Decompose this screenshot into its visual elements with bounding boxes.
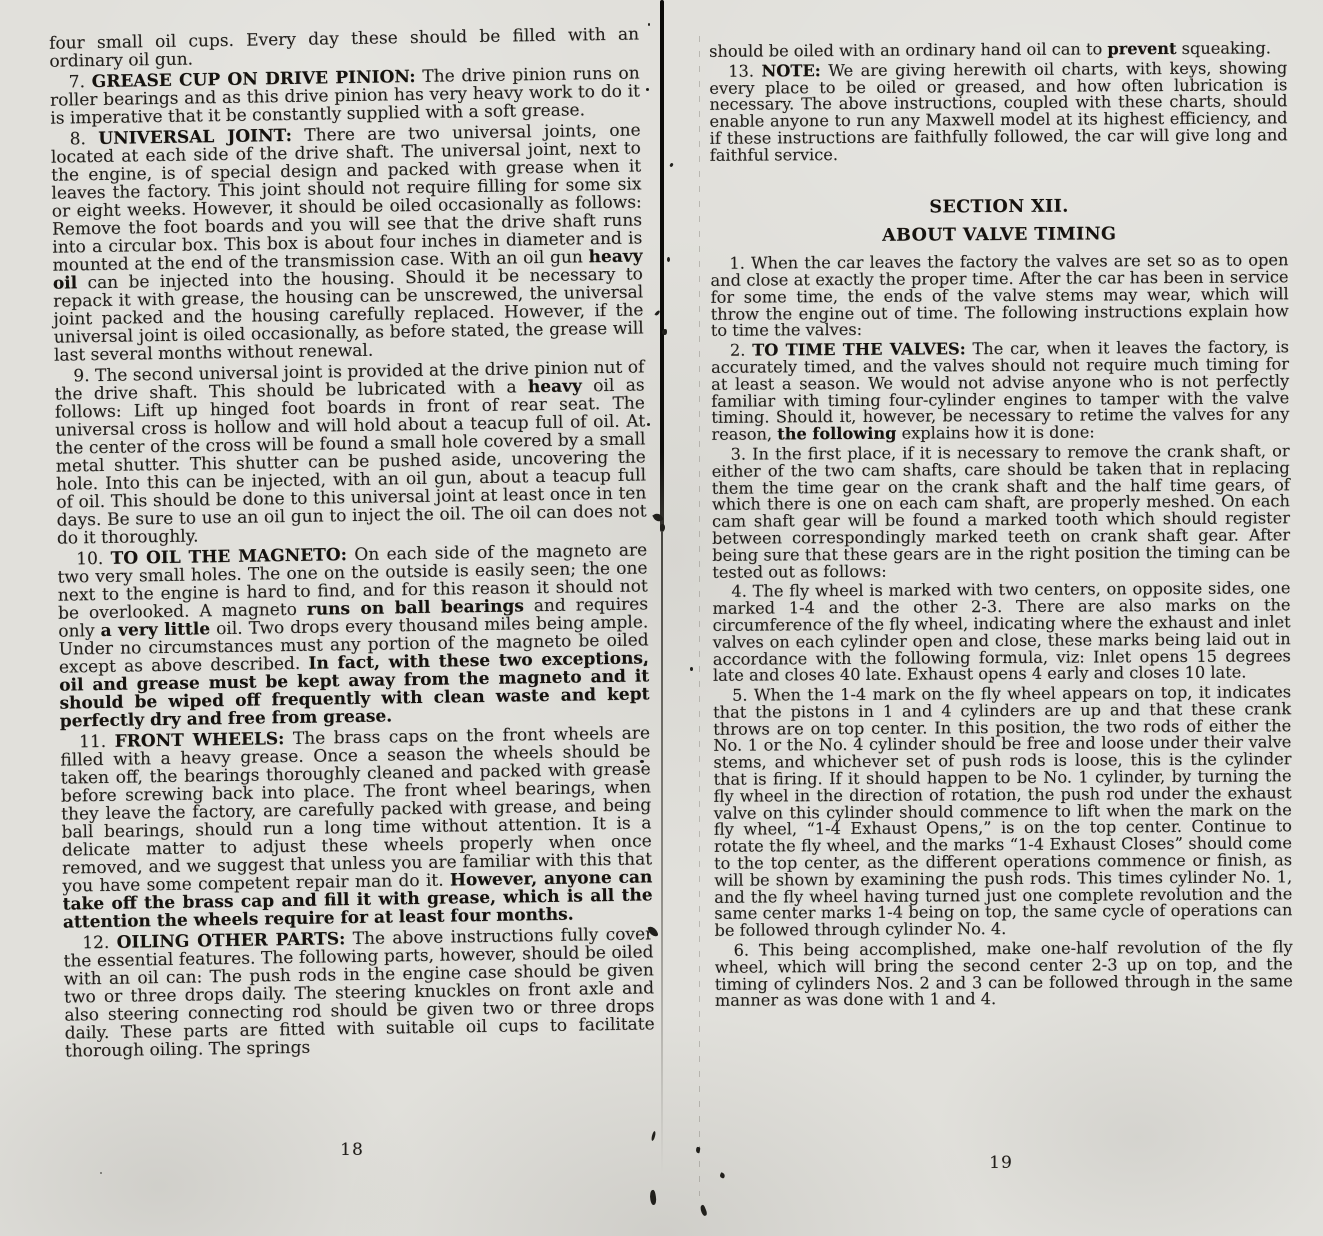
paragraph: 11. FRONT WHEELS: The brass caps on the … (60, 721, 653, 931)
paragraph: 1. When the car leaves the factory the v… (710, 242, 1289, 340)
page-number-right: 19 (712, 1153, 1290, 1173)
ink-speck (640, 760, 644, 763)
ink-speck (646, 88, 649, 91)
text-segment: 4. The fly wheel is marked with two cent… (712, 579, 1290, 686)
section-heading: SECTION XII. (710, 161, 1288, 217)
bold-text-segment: prevent (1107, 39, 1176, 58)
text-segment: 3. In the first place, if it is necessar… (712, 441, 1291, 581)
ink-speck (719, 1172, 726, 1179)
text-segment: 5. When the 1-4 mark on the fly wheel ap… (713, 682, 1292, 940)
ink-speck (100, 1172, 102, 1174)
ink-speck (662, 329, 667, 335)
paragraph: 10. TO OIL THE MAGNETO: On each side of … (57, 538, 650, 730)
paragraph: 4. The fly wheel is marked with two cent… (712, 578, 1291, 685)
paragraph: 2. TO TIME THE VALVES: The car, when it … (711, 336, 1290, 443)
page-left-text-column: four small oil cups. Every day these sho… (49, 25, 655, 1060)
paragraph: 3. In the first place, if it is necessar… (711, 440, 1290, 581)
paragraph: 8. UNIVERSAL JOINT: There are two univer… (50, 118, 644, 364)
text-segment: oil as follows: Lift up hinged foot boar… (55, 375, 647, 548)
ink-speck (667, 257, 670, 262)
ink-speck (651, 1131, 656, 1141)
ink-speck (699, 1204, 708, 1216)
page-fold-crease (699, 36, 700, 1196)
ink-speck (647, 423, 650, 426)
paragraph: 7. GREASE CUP ON DRIVE PINION: The drive… (50, 61, 641, 127)
bold-text-segment: SECTION XII. (929, 196, 1068, 217)
text-segment: explains how it is done: (896, 423, 1094, 443)
paragraph: 6. This being accomplished, make one-hal… (715, 936, 1293, 1010)
ink-speck (649, 1190, 658, 1206)
book-gutter-line-faint (661, 528, 663, 1174)
bold-text-segment: the following (777, 424, 896, 444)
paragraph: 12. OILING OTHER PARTS: The above instru… (63, 922, 655, 1060)
page-number-left: 18 (57, 1140, 647, 1160)
text-segment: should be oiled with an ordinary hand oi… (709, 39, 1107, 60)
ink-speck (660, 524, 665, 531)
ink-speck (669, 163, 674, 168)
ink-speck (648, 23, 650, 26)
text-segment: 1. When the car leaves the factory the v… (710, 250, 1288, 340)
paragraph: 5. When the 1-4 mark on the fly wheel ap… (713, 681, 1293, 939)
ink-speck (644, 663, 647, 666)
text-segment: 6. This being accomplished, make one-hal… (715, 937, 1293, 1010)
text-segment: can be injected into the housing. Should… (53, 264, 644, 365)
ink-speck (690, 667, 693, 671)
section-heading: ABOUT VALVE TIMING (710, 214, 1288, 246)
paragraph: 9. The second universal joint is provide… (54, 355, 647, 547)
bold-text-segment: ABOUT VALVE TIMING (882, 225, 1116, 246)
paragraph: 13. NOTE: We are giving herewith oil cha… (709, 57, 1288, 164)
paragraph: should be oiled with an ordinary hand oi… (709, 40, 1287, 60)
page-right-text-column: should be oiled with an ordinary hand oi… (709, 40, 1293, 1010)
text-segment: squeaking. (1176, 38, 1271, 58)
book-scan: four small oil cups. Every day these sho… (0, 0, 1323, 1236)
book-gutter-line (660, 0, 664, 532)
